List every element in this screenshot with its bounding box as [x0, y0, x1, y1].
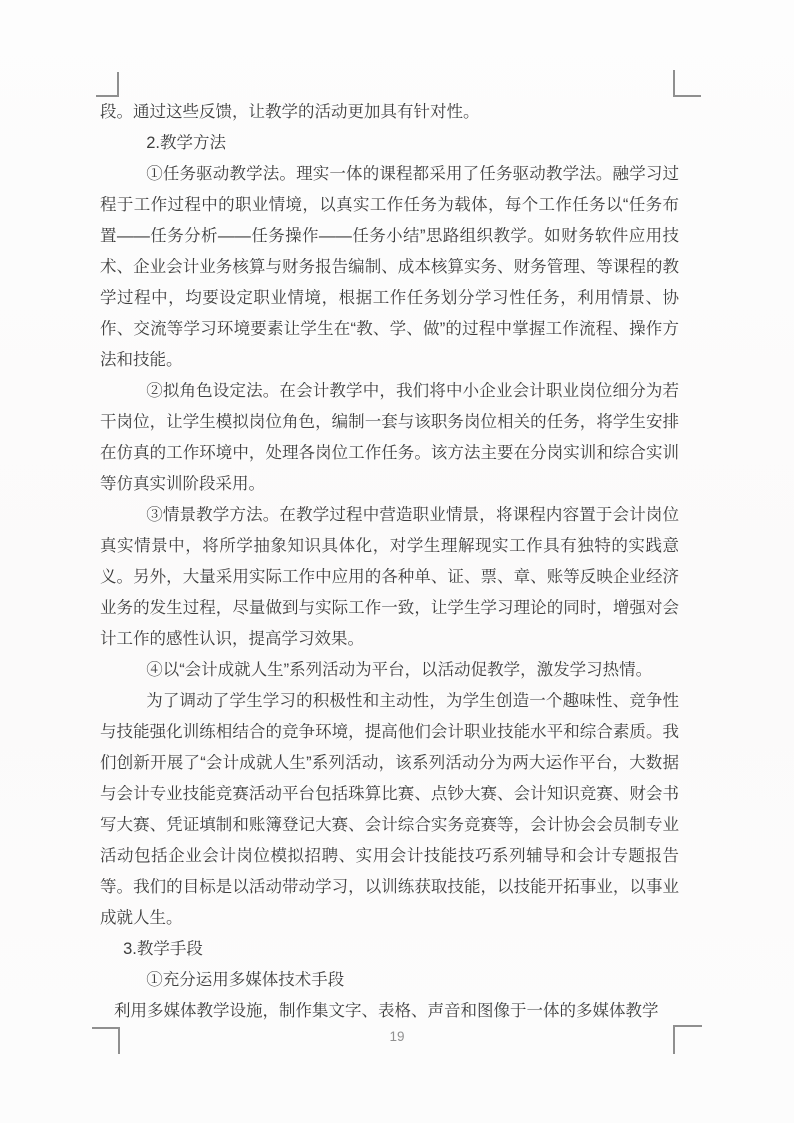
paragraph-task-driven-method: ①任务驱动教学法。理实一体的课程都采用了任务驱动教学法。融学习过程于工作过程中的… [100, 159, 679, 376]
paragraph-role-setting-method: ②拟角色设定法。在会计教学中，我们将中小企业会计职业岗位细分为若干岗位，让学生模… [100, 376, 679, 500]
paragraph-activity-detail: 为了调动了学生学习的积极性和主动性，为学生创造一个趣味性、竞争性与技能强化训练相… [100, 686, 679, 934]
document-page: 段。通过这些反馈，让教学的活动更加具有针对性。 2.教学方法 ①任务驱动教学法。… [0, 0, 794, 1123]
page-number: 19 [0, 1029, 794, 1044]
crop-mark-top-left [96, 72, 119, 97]
paragraph-activity-platform: ④以“会计成就人生”系列活动为平台，以活动促教学，激发学习热情。 [100, 655, 679, 686]
heading-teaching-methods: 2.教学方法 [100, 128, 679, 159]
paragraph-continuation: 段。通过这些反馈，让教学的活动更加具有针对性。 [100, 97, 679, 128]
heading-teaching-means: 3.教学手段 [100, 934, 679, 965]
paragraph-multimedia-detail: 利用多媒体教学设施，制作集文字、表格、声音和图像于一体的多媒体教学 [100, 996, 679, 1027]
crop-mark-top-right [673, 70, 701, 97]
paragraph-situational-method: ③情景教学方法。在教学过程中营造职业情景，将课程内容置于会计岗位真实情景中，将所… [100, 500, 679, 655]
body-text: 段。通过这些反馈，让教学的活动更加具有针对性。 2.教学方法 ①任务驱动教学法。… [100, 97, 679, 1027]
subheading-multimedia: ①充分运用多媒体技术手段 [100, 965, 679, 996]
